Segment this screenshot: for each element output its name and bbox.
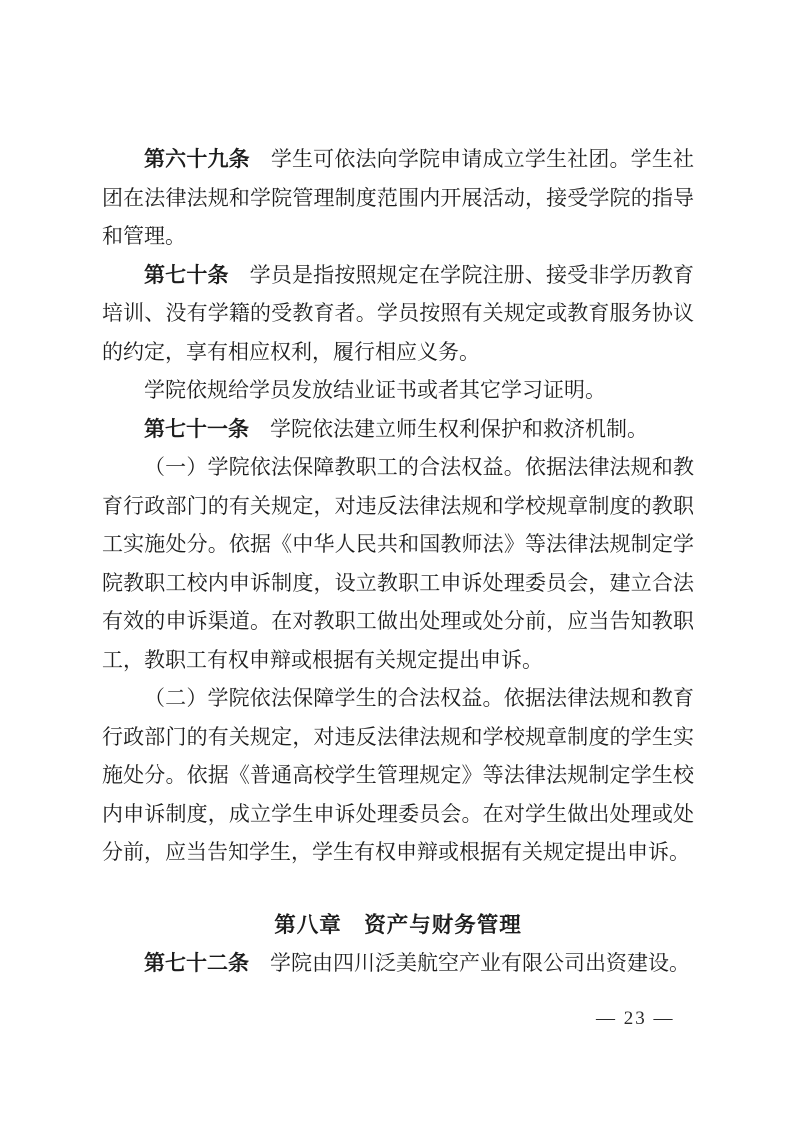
article-72-lead: 第七十二条 bbox=[144, 951, 249, 975]
paragraph-article-71-item-1: （一）学院依法保障教职工的合法权益。依据法律法规和教育行政部门的有关规定，对违反… bbox=[102, 448, 694, 679]
article-71-item-1-text: （一）学院依法保障教职工的合法权益。依据法律法规和教育行政部门的有关规定，对违反… bbox=[102, 455, 694, 672]
document-body: 第六十九条学生可依法向学院申请成立学生社团。学生社团在法律法规和学院管理制度范围… bbox=[102, 140, 694, 983]
paragraph-article-71-item-2: （二）学院依法保障学生的合法权益。依据法律法规和教育行政部门的有关规定，对违反法… bbox=[102, 679, 694, 872]
article-69-lead: 第六十九条 bbox=[144, 147, 250, 171]
page-number: — 23 — bbox=[596, 1008, 675, 1030]
article-71-text: 学院依法建立师生权利保护和救济机制。 bbox=[270, 417, 648, 441]
paragraph-article-72: 第七十二条学院由四川泛美航空产业有限公司出资建设。 bbox=[102, 944, 694, 983]
paragraph-article-69: 第六十九条学生可依法向学院申请成立学生社团。学生社团在法律法规和学院管理制度范围… bbox=[102, 140, 694, 256]
chapter-8-heading: 第八章 资产与财务管理 bbox=[102, 906, 694, 945]
article-71-item-2-text: （二）学院依法保障学生的合法权益。依据法律法规和教育行政部门的有关规定，对违反法… bbox=[102, 686, 694, 864]
paragraph-article-70: 第七十条学员是指按照规定在学院注册、接受非学历教育培训、没有学籍的受教育者。学员… bbox=[102, 256, 694, 372]
article-70-note-text: 学院依规给学员发放结业证书或者其它学习证明。 bbox=[144, 378, 606, 402]
document-page: 第六十九条学生可依法向学院申请成立学生社团。学生社团在法律法规和学院管理制度范围… bbox=[0, 0, 793, 1122]
paragraph-article-70-note: 学院依规给学员发放结业证书或者其它学习证明。 bbox=[102, 371, 694, 410]
article-72-text: 学院由四川泛美航空产业有限公司出资建设。 bbox=[270, 951, 690, 975]
article-70-lead: 第七十条 bbox=[144, 263, 229, 287]
article-71-lead: 第七十一条 bbox=[144, 417, 249, 441]
paragraph-article-71: 第七十一条学院依法建立师生权利保护和救济机制。 bbox=[102, 410, 694, 449]
